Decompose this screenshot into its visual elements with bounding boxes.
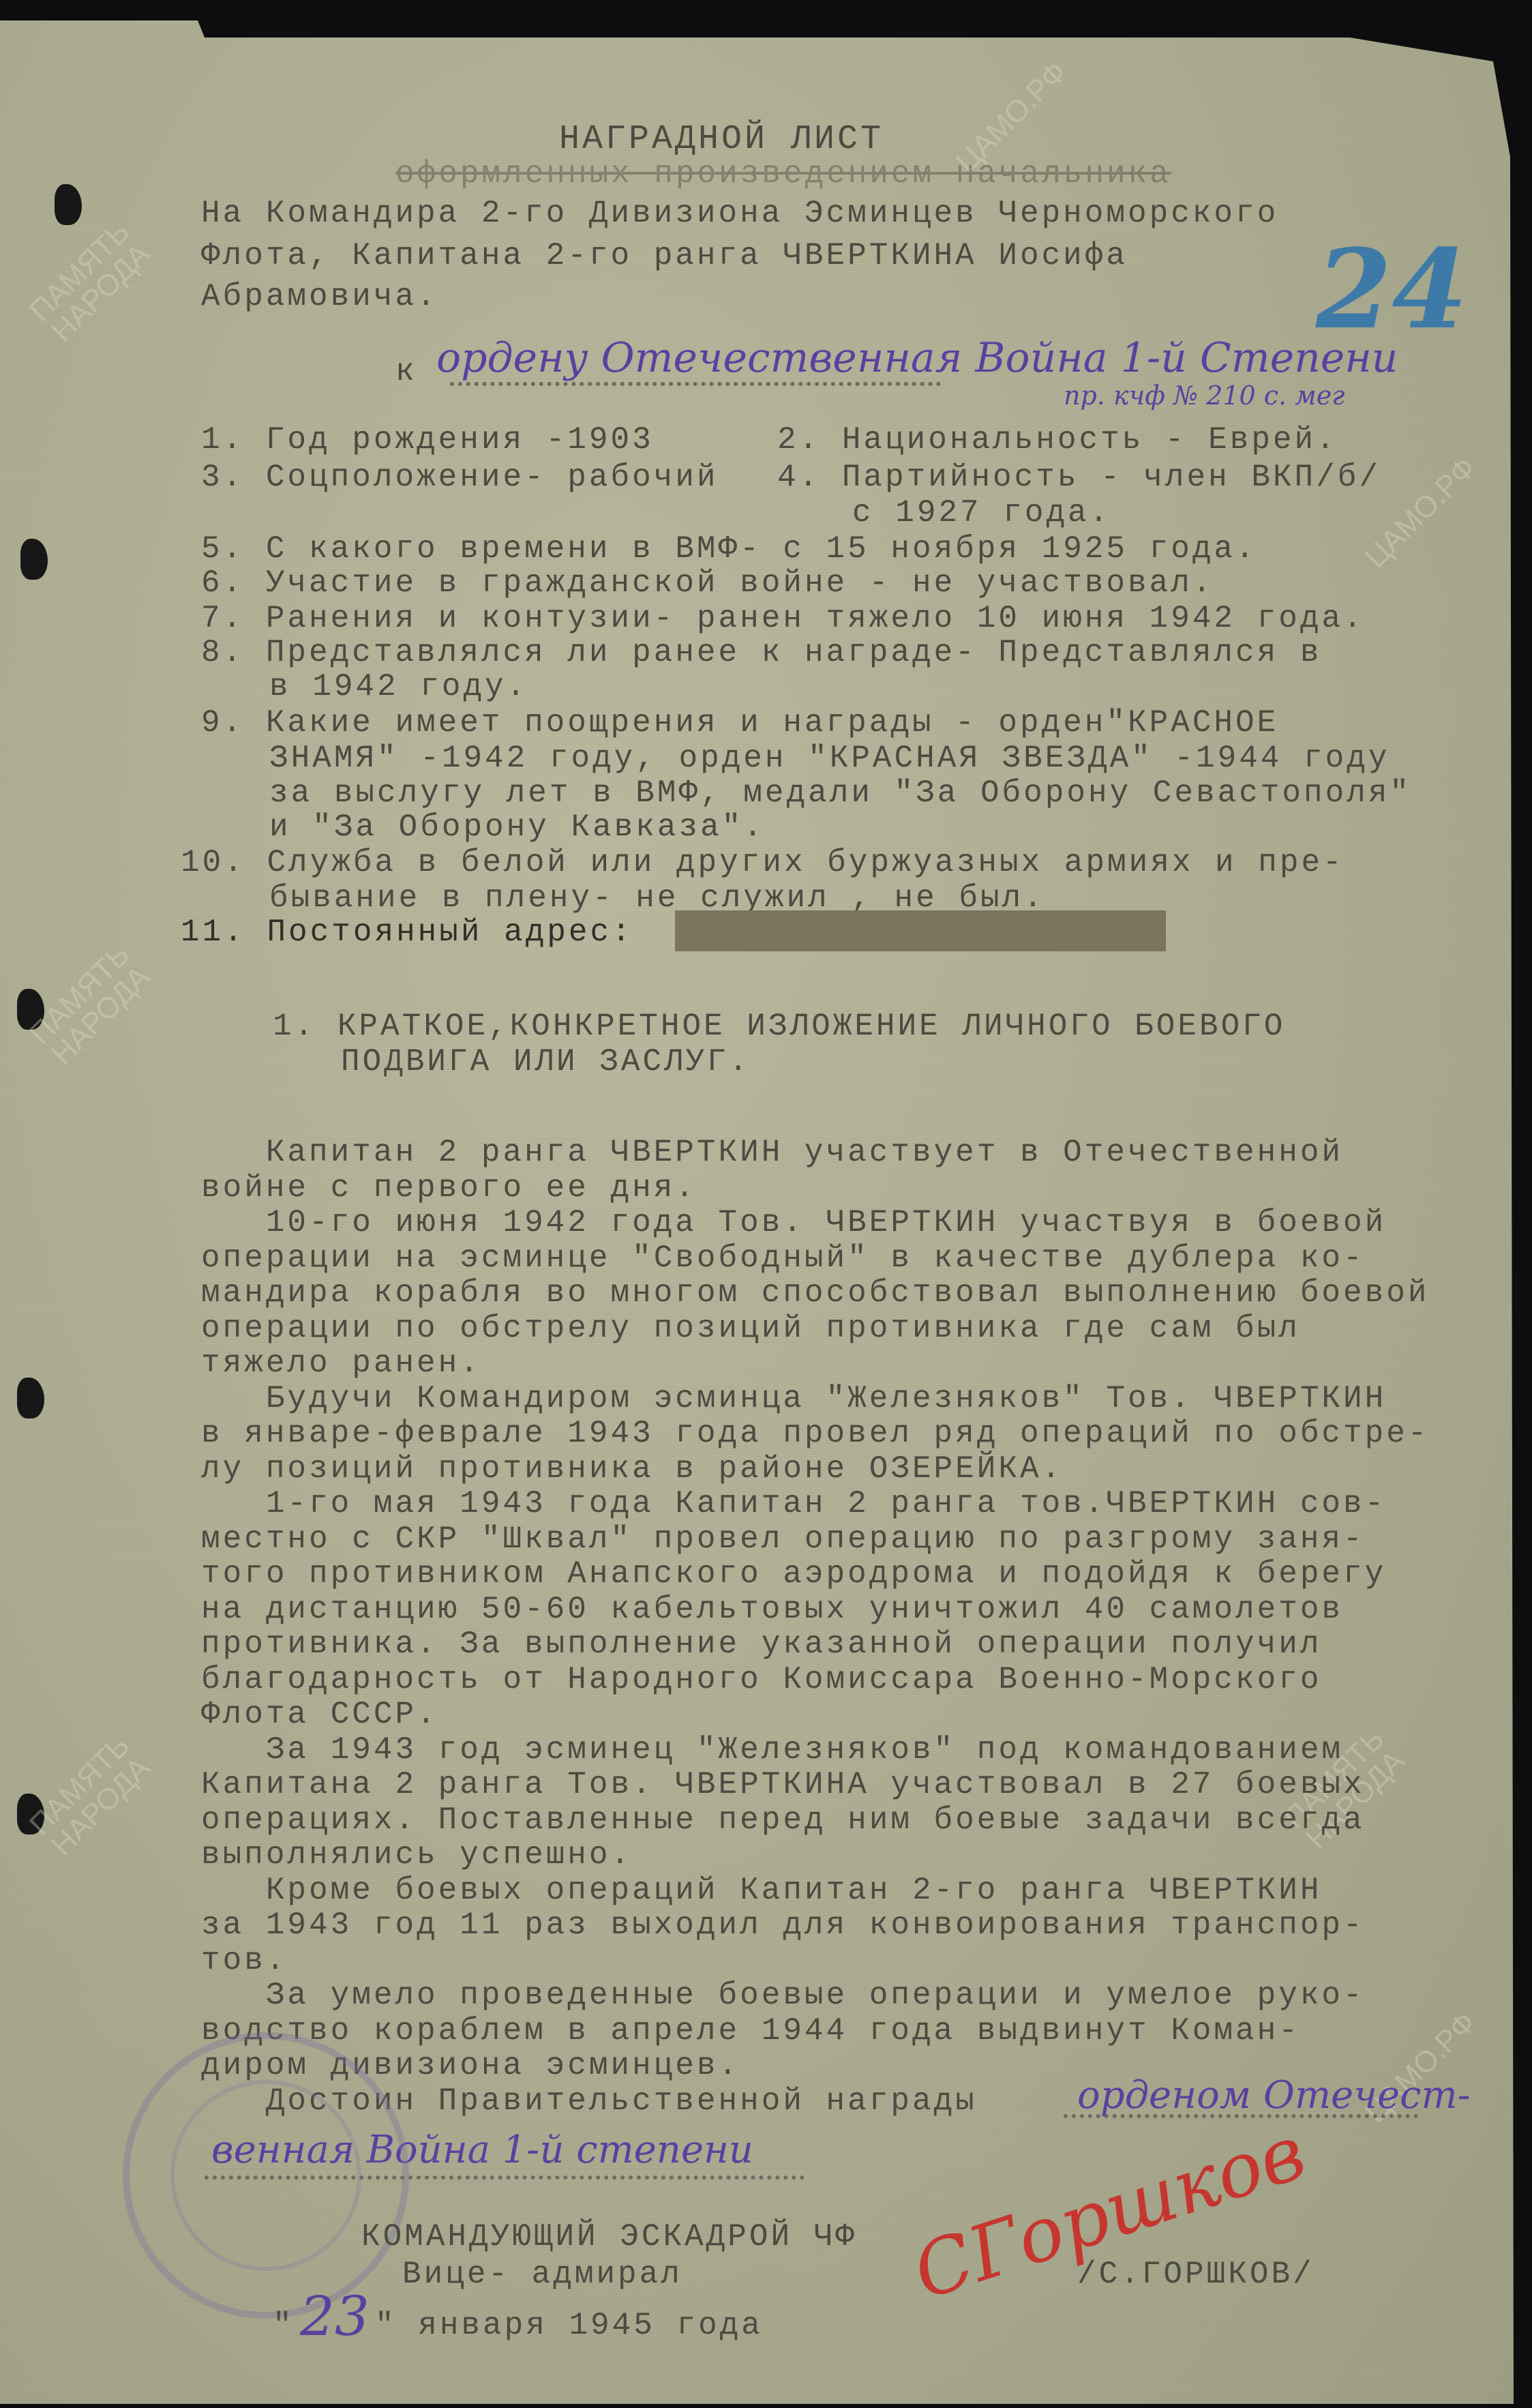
signatory-position: КОМАНДУЮЩИЙ ЭСКАДРОЙ ЧФ xyxy=(361,2220,857,2254)
paper-hole xyxy=(55,184,82,225)
narrative-line: выполнялись успешно. xyxy=(201,1838,632,1872)
narrative-line: того противником Анапского аэродрома и п… xyxy=(201,1557,1386,1591)
narrative-line: благодарность от Народного Комиссара Вое… xyxy=(201,1663,1321,1697)
award-note-handwritten: пр. кчф № 210 с. мег xyxy=(1064,381,1345,411)
field-3: 3. Соцположение- рабочий xyxy=(201,460,719,494)
narrative-line: за 1943 год 11 раз выходил для конвоиров… xyxy=(201,1908,1365,1942)
field-8: 8. Представлялся ли ранее к награде- Пре… xyxy=(201,636,1321,670)
narrative-line: 10-го июня 1942 года Тов. ЧВЕРТКИН участ… xyxy=(201,1206,1386,1240)
narrative-line: операции по обстрелу позиций противника … xyxy=(201,1311,1300,1346)
signatory-name: /С.ГОРШКОВ/ xyxy=(1077,2257,1315,2291)
narrative-line: на дистанцию 50-60 кабельтовых уничтожил… xyxy=(201,1592,1343,1626)
narrative-line: мандира корабля во многом способствовал … xyxy=(201,1276,1429,1310)
struck-subtitle: оформленных произведением начальника xyxy=(395,157,1171,191)
narrative-line: Флота СССР. xyxy=(201,1697,438,1731)
date-prefix: " xyxy=(273,2308,295,2343)
narrative-line: За 1943 год эсминец "Железняков" под ком… xyxy=(201,1733,1343,1767)
narrative-line: Кроме боевых операций Капитан 2-го ранга… xyxy=(201,1873,1321,1907)
date-day-handwritten: 23 xyxy=(300,2285,370,2348)
narrative-line: операции на эсминце "Свободный" в качест… xyxy=(201,1241,1365,1275)
narrative-line: 1-го мая 1943 года Капитан 2 ранга тов.Ч… xyxy=(201,1487,1386,1521)
narrative-line: противника. За выполнение указанной опер… xyxy=(201,1627,1321,1661)
field-4-cont: с 1927 года. xyxy=(852,496,1111,530)
paper-hole xyxy=(17,1378,44,1418)
narrative-line: войне с первого ее дня. xyxy=(201,1171,697,1205)
field-4: 4. Партийность - член ВКП/б/ xyxy=(777,460,1381,494)
narrative-line: Капитана 2 ранга Тов. ЧВЕРТКИНА участвов… xyxy=(201,1768,1365,1802)
nominee-line-2: Флота, Капитана 2-го ранга ЧВЕРТКИНА Иос… xyxy=(201,239,1128,273)
dotted-line xyxy=(450,382,941,386)
section-heading-1: 1. КРАТКОЕ,КОНКРЕТНОЕ ИЗЛОЖЕНИЕ ЛИЧНОГО … xyxy=(273,1009,1285,1043)
document-title: НАГРАДНОЙ ЛИСТ xyxy=(559,123,884,157)
field-10: 10. Служба в белой или других буржуазных… xyxy=(181,846,1345,880)
award-prefix: к xyxy=(395,355,417,389)
watermark: ПАМЯТЬНАРОДА xyxy=(25,1730,156,1862)
field-9-cont-1: ЗНАМЯ" -1942 году, орден "КРАСНАЯ ЗВЕЗДА… xyxy=(269,741,1390,775)
narrative-line: лу позиций противника в районе ОЗЕРЕЙКА. xyxy=(201,1452,1063,1486)
field-5: 5. С какого времени в ВМФ- с 15 ноября 1… xyxy=(201,532,1257,566)
nominee-line-1: На Командира 2-го Дивизиона Эсминцев Чер… xyxy=(201,196,1278,231)
award-handwritten: ордену Отечественная Война 1-й Степени xyxy=(436,334,1398,382)
date-rest: " января 1945 года xyxy=(375,2308,763,2343)
redacted-address xyxy=(675,910,1166,951)
signatory-rank: Вице- адмирал xyxy=(402,2257,682,2291)
watermark: ПАМЯТЬНАРОДА xyxy=(25,216,156,348)
field-9-cont-2: за выслугу лет в ВМФ, медали "За Оборону… xyxy=(269,776,1411,810)
field-7: 7. Ранения и контузии- ранен тяжело 10 и… xyxy=(201,601,1365,636)
field-9-cont-3: и "За Оборону Кавказа". xyxy=(269,810,765,844)
award-sheet-page: ПАМЯТЬНАРОДА ПАМЯТЬНАРОДА ПАМЯТЬНАРОДА П… xyxy=(0,20,1514,2404)
narrative-line: местно с СКР "Шквал" провел операцию по … xyxy=(201,1522,1365,1556)
nominee-line-3: Абрамовича. xyxy=(201,280,438,314)
field-11: 11. Постоянный адрес: xyxy=(181,915,633,949)
narrative-line: тов. xyxy=(201,1944,287,1978)
field-2: 2. Национальность - Еврей. xyxy=(777,423,1338,457)
narrative-line: водство кораблем в апреле 1944 года выдв… xyxy=(201,2014,1300,2048)
paper-hole xyxy=(20,539,48,580)
field-8-cont: в 1942 году. xyxy=(269,670,528,704)
narrative-line: Будучи Командиром эсминца "Железняков" Т… xyxy=(201,1382,1386,1416)
watermark: ПАМЯТЬНАРОДА xyxy=(25,939,156,1071)
official-stamp xyxy=(123,2032,409,2319)
field-1: 1. Год рождения -1903 xyxy=(201,423,654,457)
narrative-line: в январе-феврале 1943 года провел ряд оп… xyxy=(201,1416,1429,1451)
section-heading-2: ПОДВИГА ИЛИ ЗАСЛУГ. xyxy=(341,1045,751,1079)
field-9: 9. Какие имеет поощрения и награды - орд… xyxy=(201,706,1278,740)
conclusion-handwritten-1: орденом Отечест- xyxy=(1077,2073,1471,2117)
narrative-line: операциях. Поставленные перед ним боевые… xyxy=(201,1803,1365,1837)
narrative-line: Капитан 2 ранга ЧВЕРТКИН участвует в Оте… xyxy=(201,1135,1343,1170)
narrative-line: тяжело ранен. xyxy=(201,1346,481,1380)
narrative-line: За умело проведенные боевые операции и у… xyxy=(201,1978,1365,2012)
field-6: 6. Участие в гражданской войне - не учас… xyxy=(201,566,1214,600)
